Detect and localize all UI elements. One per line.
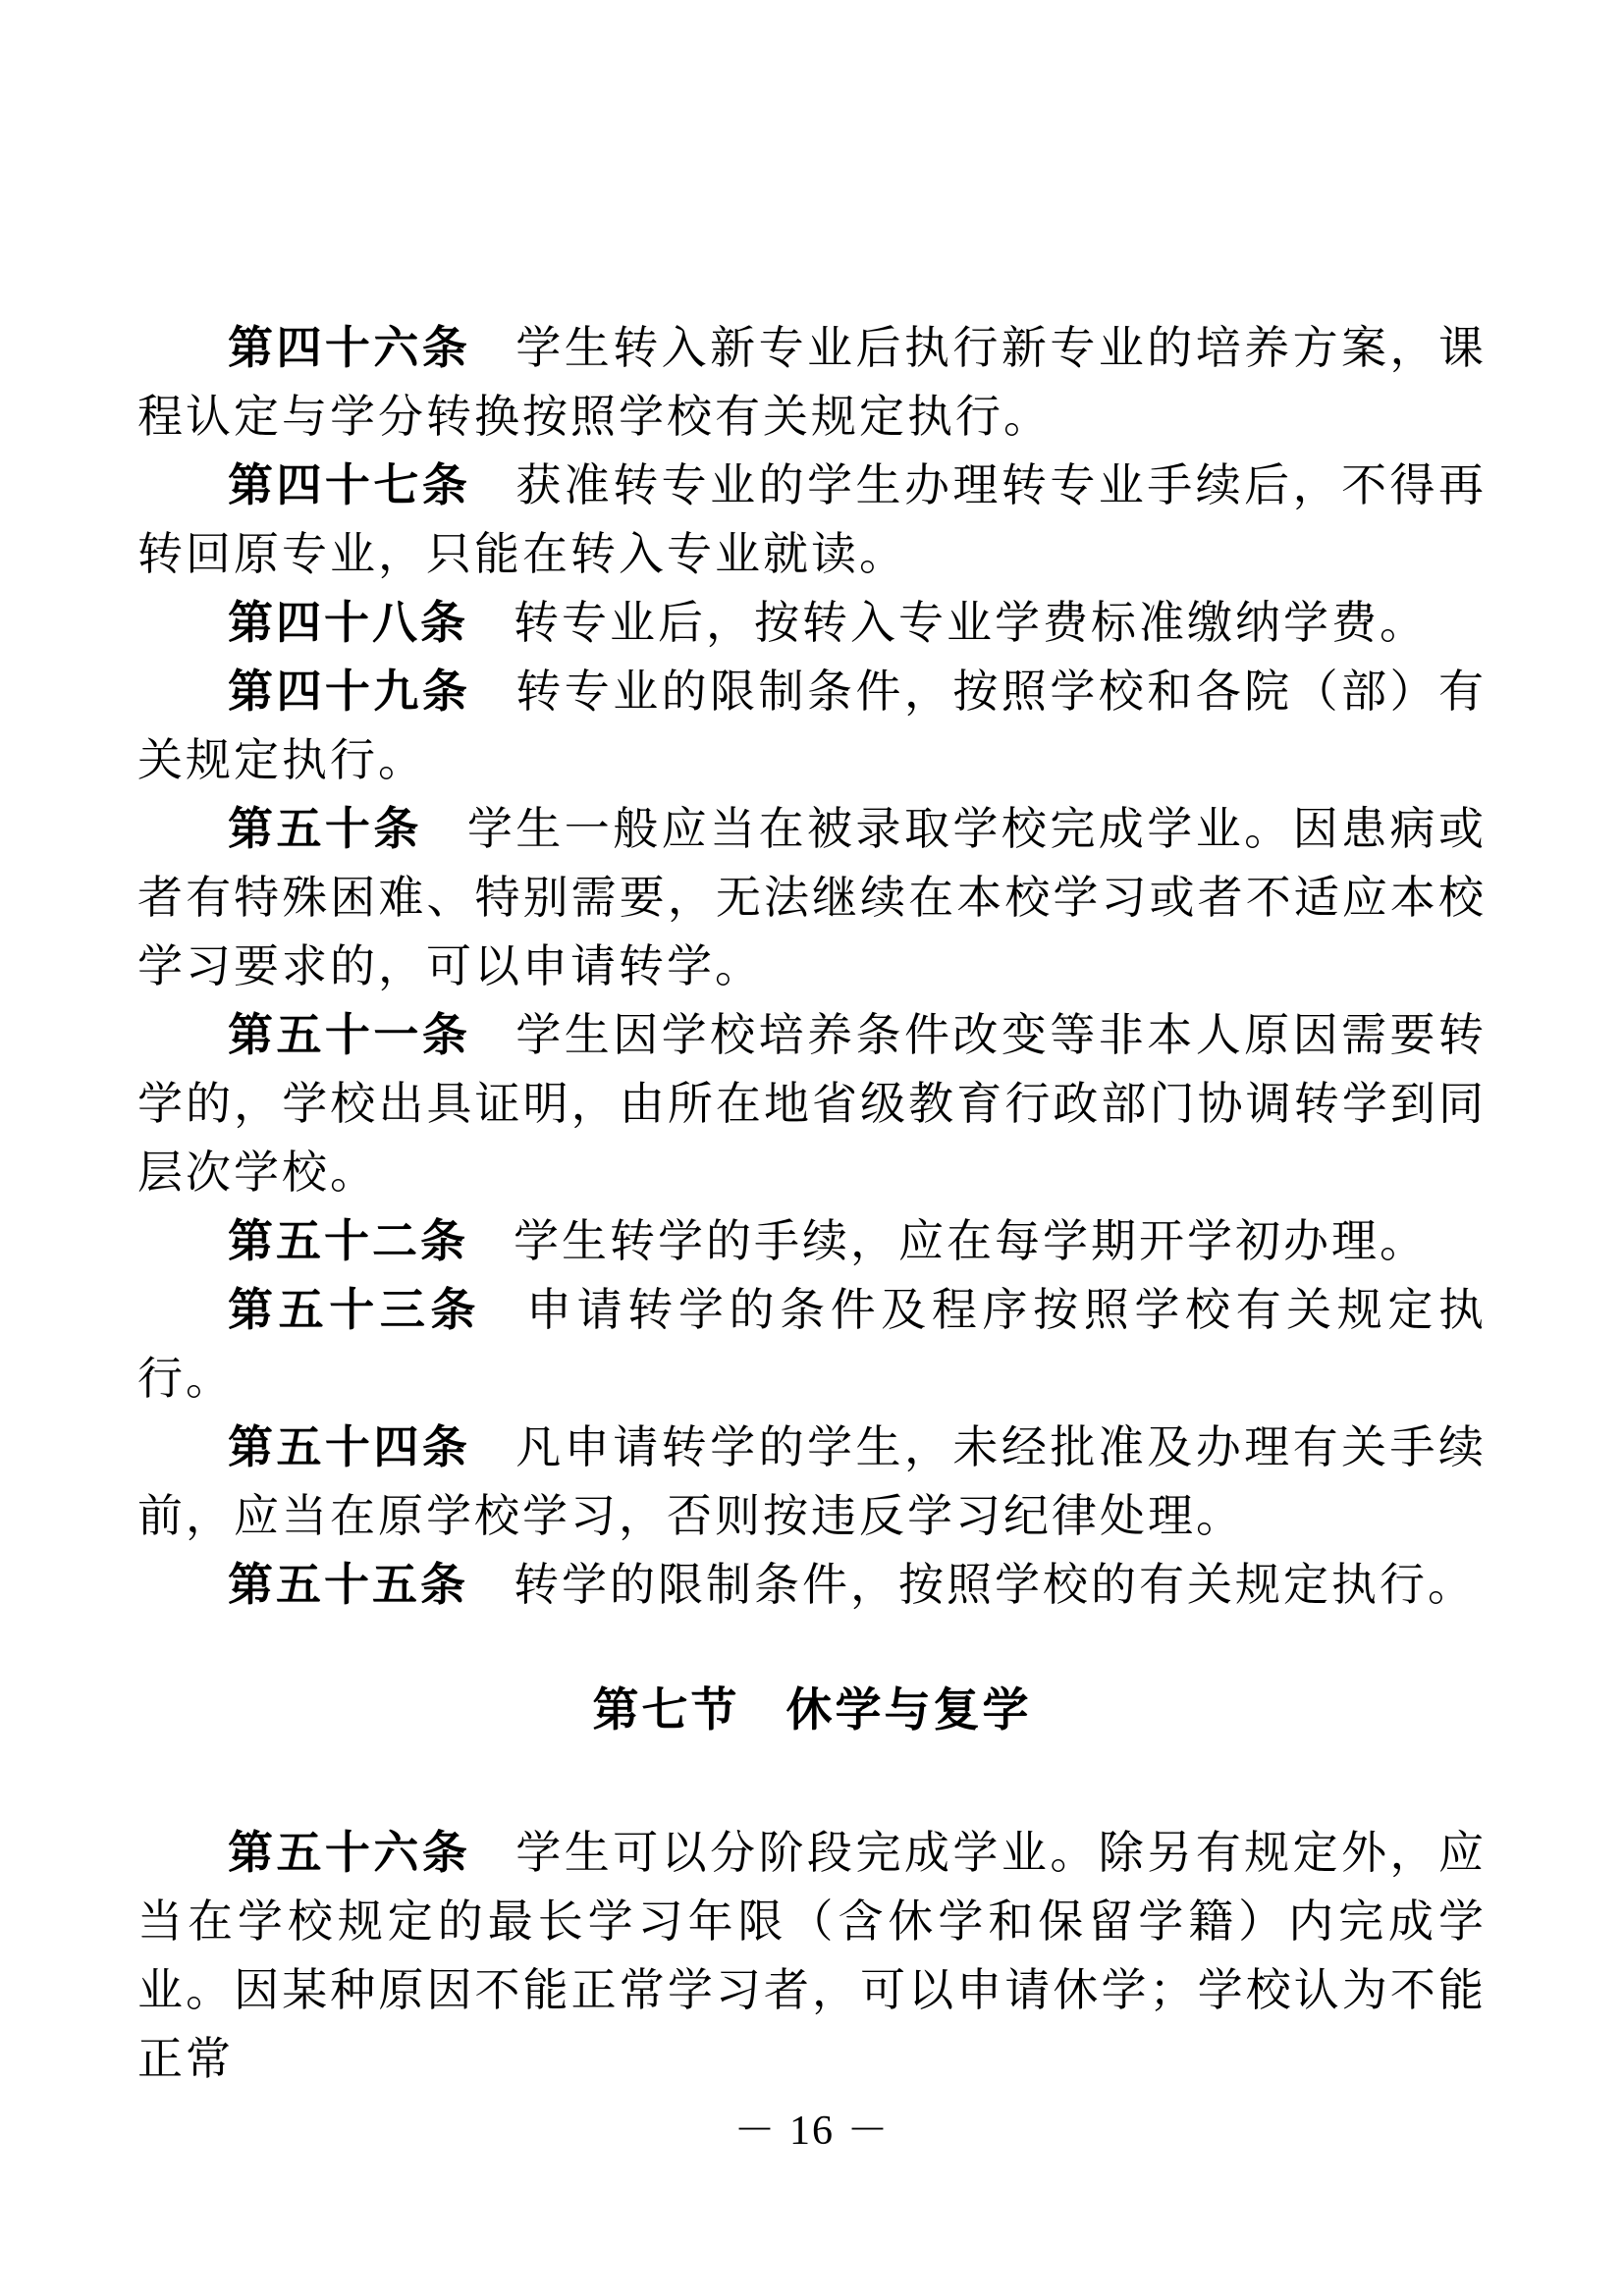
section-number: 第七节: [593, 1685, 740, 1736]
article-paragraph: 第五十四条凡申请转学的学生，未经批准及办理有关手续前，应当在原学校学习，否则按违…: [137, 1414, 1487, 1551]
article-paragraph: 第五十五条转学的限制条件，按照学校的有关规定执行。: [137, 1551, 1487, 1620]
document-content: 第四十六条学生转入新专业后执行新专业的培养方案，课程认定与学分转换按照学校有关规…: [137, 314, 1487, 2094]
article-text: 转专业后，按转入专业学费标准缴纳学费。: [514, 598, 1428, 648]
article-paragraph: 第五十三条申请转学的条件及程序按照学校有关规定执行。: [137, 1276, 1487, 1414]
article-paragraph: 第四十八条转专业后，按转入专业学费标准缴纳学费。: [137, 589, 1487, 658]
article-number: 第四十九条: [228, 667, 470, 717]
article-number: 第五十五条: [228, 1560, 468, 1610]
page-number-footer: － 16 －: [0, 2107, 1624, 2156]
article-paragraph: 第五十条学生一般应当在被录取学校完成学业。因患病或者有特殊困难、特别需要，无法继…: [137, 795, 1487, 1001]
article-text: 学生转学的手续，应在每学期开学初办理。: [514, 1216, 1428, 1266]
article-paragraph: 第五十六条学生可以分阶段完成学业。除另有规定外，应当在学校规定的最长学习年限（含…: [137, 1819, 1487, 2094]
article-paragraph: 第四十七条获准转专业的学生办理转专业手续后，不得再转回原专业，只能在转入专业就读…: [137, 452, 1487, 589]
article-number: 第四十六条: [228, 323, 470, 373]
article-number: 第五十三条: [228, 1285, 481, 1335]
article-paragraph: 第五十一条学生因学校培养条件改变等非本人原因需要转学的，学校出具证明，由所在地省…: [137, 1001, 1487, 1207]
article-number: 第五十六条: [228, 1828, 470, 1878]
article-number: 第五十二条: [228, 1216, 468, 1266]
document-page: 第四十六条学生转入新专业后执行新专业的培养方案，课程认定与学分转换按照学校有关规…: [0, 0, 1624, 2296]
section-heading: 第七节休学与复学: [137, 1677, 1487, 1745]
article-paragraph: 第四十九条转专业的限制条件，按照学校和各院（部）有关规定执行。: [137, 658, 1487, 795]
article-paragraph: 第五十二条学生转学的手续，应在每学期开学初办理。: [137, 1207, 1487, 1276]
article-number: 第五十一条: [228, 1010, 470, 1060]
article-paragraph: 第四十六条学生转入新专业后执行新专业的培养方案，课程认定与学分转换按照学校有关规…: [137, 314, 1487, 452]
article-number: 第五十条: [228, 804, 422, 854]
article-text: 转学的限制条件，按照学校的有关规定执行。: [514, 1560, 1476, 1610]
section-title: 休学与复学: [786, 1685, 1032, 1736]
article-number: 第四十八条: [228, 598, 468, 648]
article-number: 第四十七条: [228, 460, 470, 510]
article-number: 第五十四条: [228, 1422, 470, 1472]
